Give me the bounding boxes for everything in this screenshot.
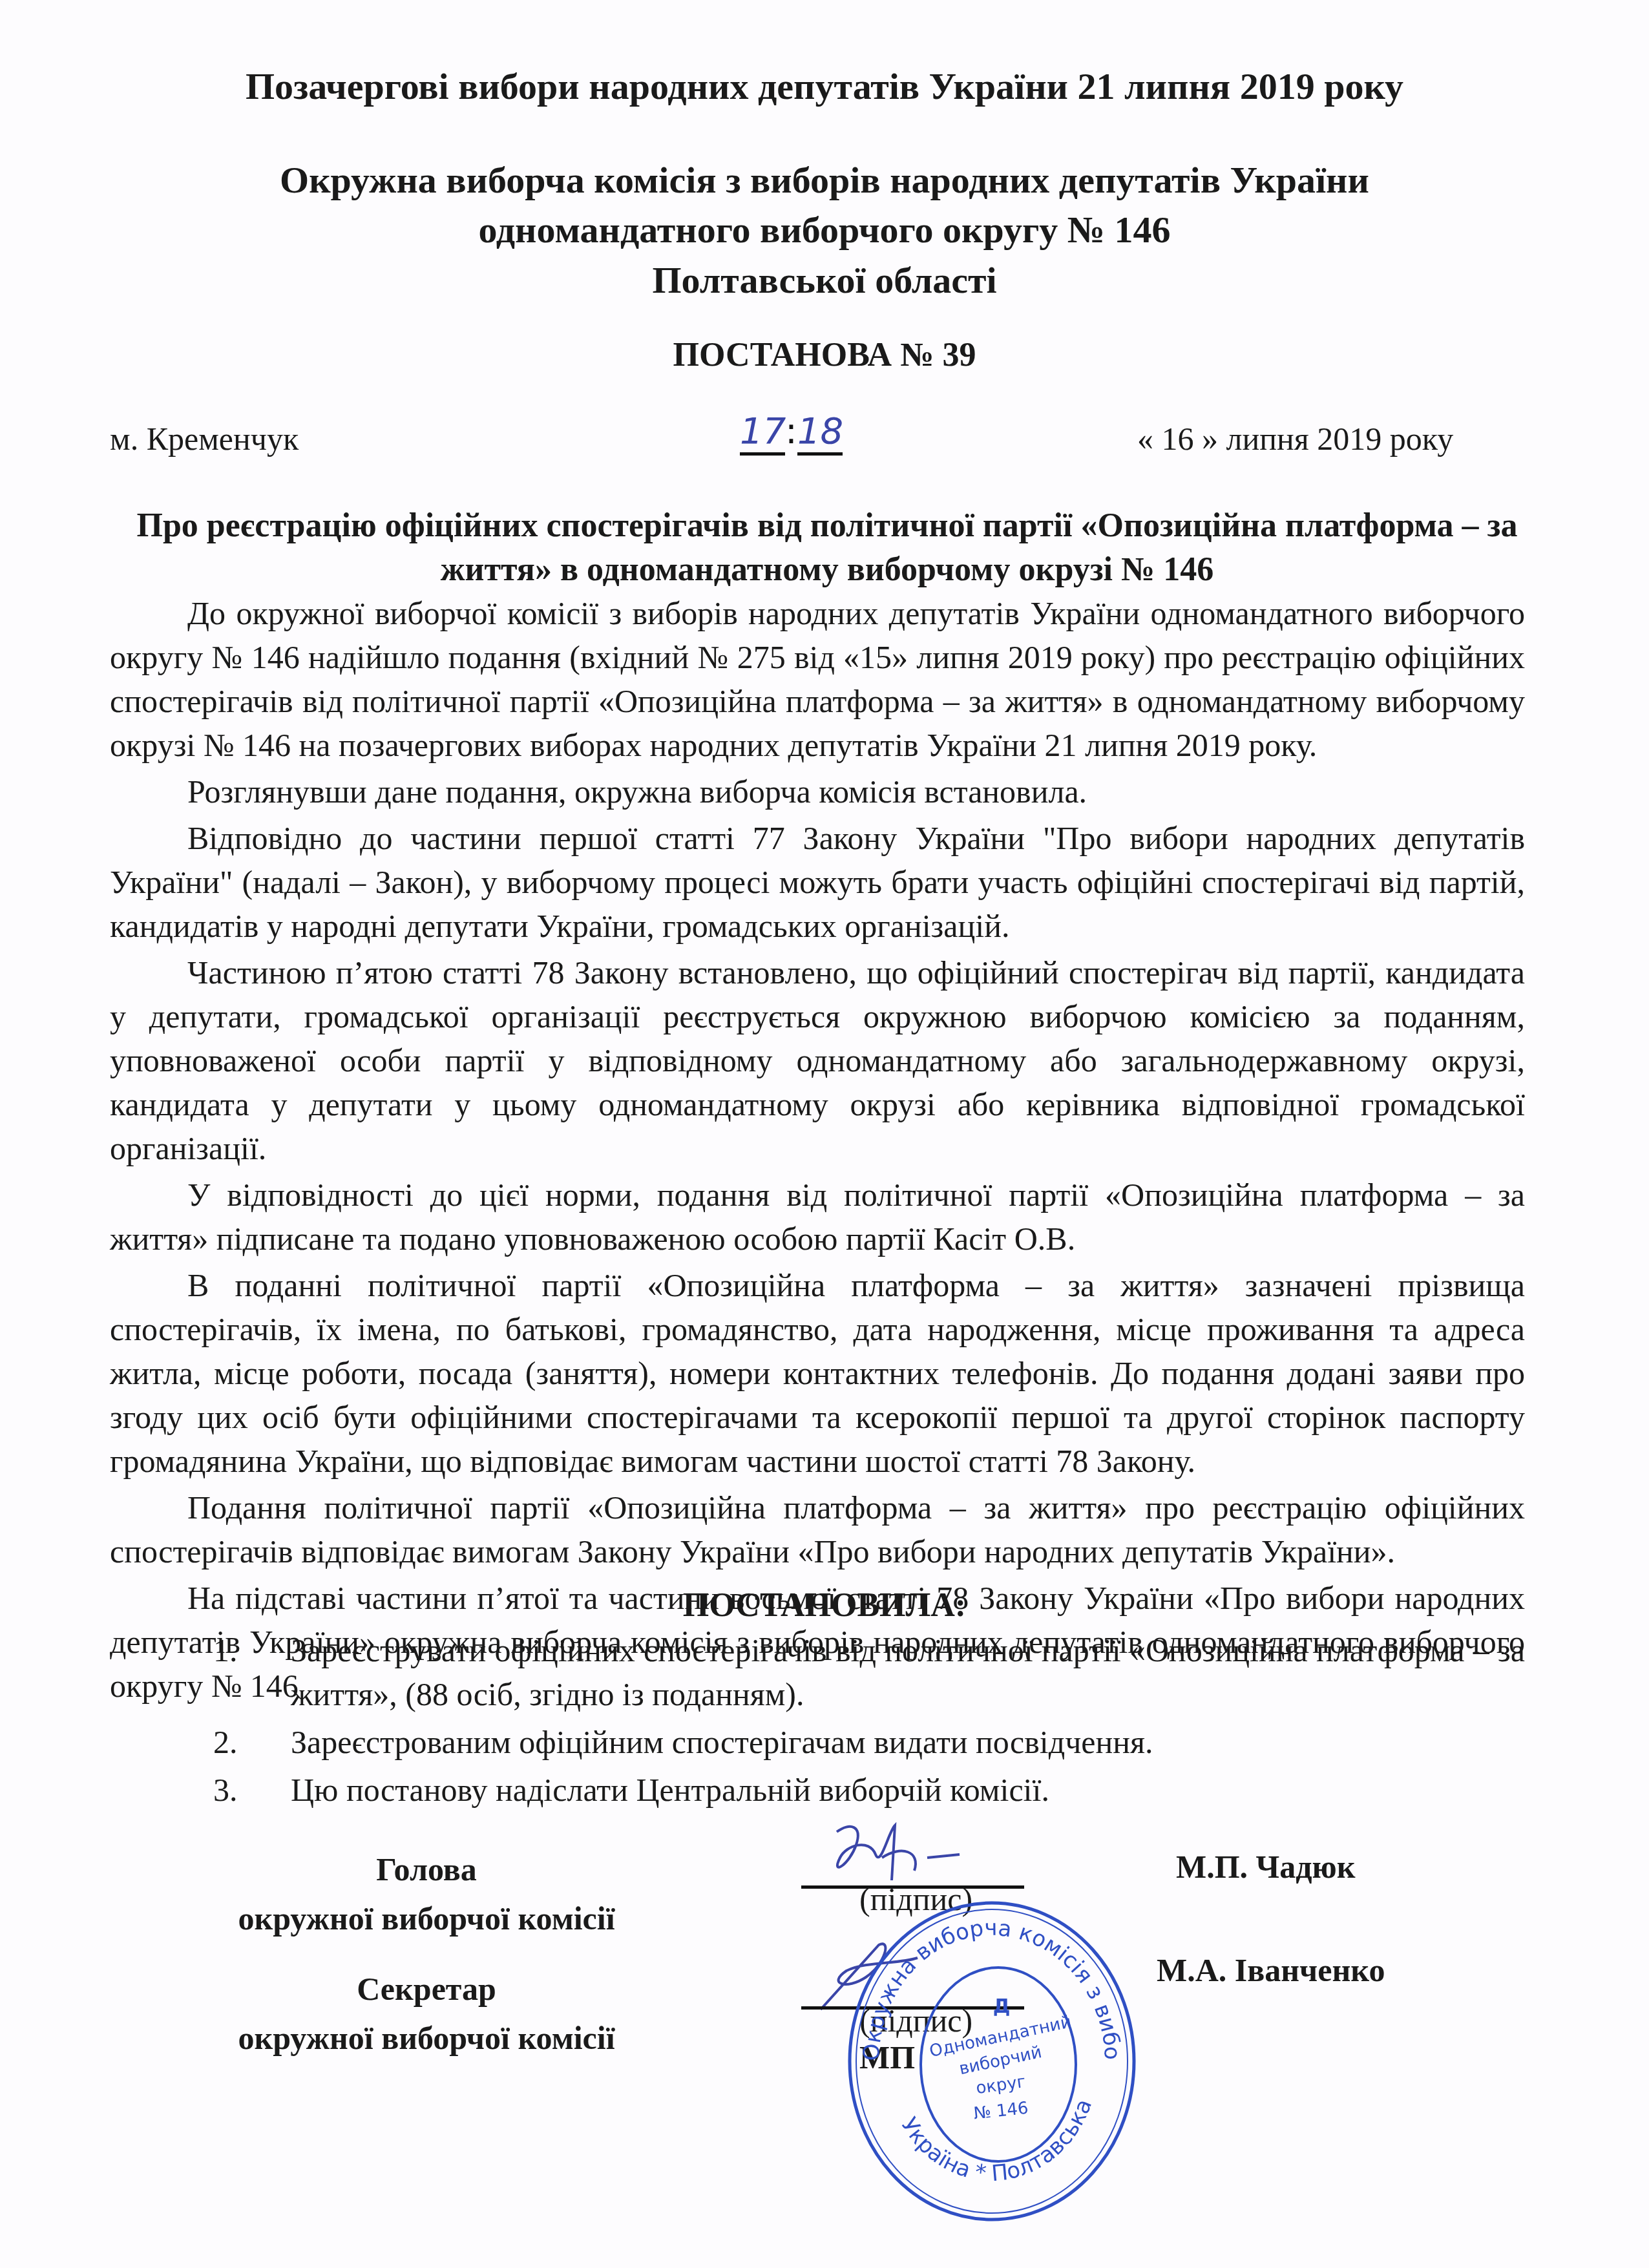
body-paragraph: До окружної виборчої комісії з виборів н… xyxy=(110,591,1525,767)
time-minutes: 18 xyxy=(797,410,843,456)
stamp-center-letter: Д xyxy=(993,1995,1011,2018)
secretary-role: Секретар окружної виборчої комісії xyxy=(200,1964,653,2063)
document-page: Позачергові вибори народних депутатів Ук… xyxy=(0,0,1649,2268)
decree-title: ПОСТАНОВА № 39 xyxy=(0,336,1649,374)
handwritten-time: 17:18 xyxy=(740,410,843,456)
body-paragraph: В поданні політичної партії «Опозиційна … xyxy=(110,1263,1525,1483)
time-hours: 17 xyxy=(740,410,785,456)
chair-signature-icon xyxy=(811,1819,1018,1890)
chair-role-body: окружної виборчої комісії xyxy=(200,1894,653,1943)
chair-role: Голова окружної виборчої комісії xyxy=(200,1845,653,1943)
resolved-heading: ПОСТАНОВИЛА: xyxy=(0,1586,1649,1624)
chair-name: М.П. Чадюк xyxy=(1176,1848,1356,1885)
decision-item: 1. Зареєструвати офіційних спостерігачів… xyxy=(213,1628,1525,1716)
decision-item: 3. Цю постанову надіслати Центральній ви… xyxy=(213,1768,1525,1812)
stamp-center-line: № 146 xyxy=(972,2099,1029,2124)
decision-text: Цю постанову надіслати Центральній вибор… xyxy=(291,1772,1049,1808)
decree-body: До окружної виборчої комісії з виборів н… xyxy=(110,591,1525,1710)
body-paragraph: У відповідності до цієї норми, подання в… xyxy=(110,1173,1525,1261)
body-paragraph: Частиною п’ятою статті 78 Закону встанов… xyxy=(110,950,1525,1170)
secretary-name: М.А. Іванченко xyxy=(1157,1951,1385,1989)
commission-header-line-1: Окружна виборча комісія з виборів народн… xyxy=(0,158,1649,202)
official-stamp-icon: Окружна виборча комісія з виборів народн… xyxy=(840,1896,1144,2226)
chair-role-title: Голова xyxy=(200,1845,653,1894)
decision-text: Зареєстрованим офіційним спостерігачам в… xyxy=(291,1724,1153,1760)
commission-header-line-2: одномандатного виборчого округу № 146 xyxy=(0,208,1649,251)
decision-item: 2. Зареєстрованим офіційним спостерігача… xyxy=(213,1720,1525,1764)
city: м. Кременчук xyxy=(110,420,299,457)
body-paragraph: Розглянувши дане подання, окружна виборч… xyxy=(110,770,1525,814)
decisions-list: 1. Зареєструвати офіційних спостерігачів… xyxy=(213,1628,1525,1816)
time-separator: : xyxy=(785,410,797,452)
secretary-role-title: Секретар xyxy=(200,1964,653,2013)
body-paragraph: Подання політичної партії «Опозиційна пл… xyxy=(110,1486,1525,1573)
secretary-role-body: окружної виборчої комісії xyxy=(200,2013,653,2063)
decision-number: 3. xyxy=(213,1768,238,1812)
body-paragraph: Відповідно до частини першої статті 77 З… xyxy=(110,816,1525,948)
election-title: Позачергові вибори народних депутатів Ук… xyxy=(0,65,1649,108)
decision-text: Зареєструвати офіційних спостерігачів ві… xyxy=(291,1632,1525,1712)
decree-subject: Про реєстрацію офіційних спостерігачів в… xyxy=(123,504,1531,592)
decision-number: 1. xyxy=(213,1628,238,1672)
decree-date: « 16 » липня 2019 року xyxy=(1137,420,1453,457)
stamp-center-line: округ xyxy=(975,2072,1027,2098)
commission-header-line-3: Полтавської області xyxy=(0,258,1649,302)
decision-number: 2. xyxy=(213,1720,238,1764)
